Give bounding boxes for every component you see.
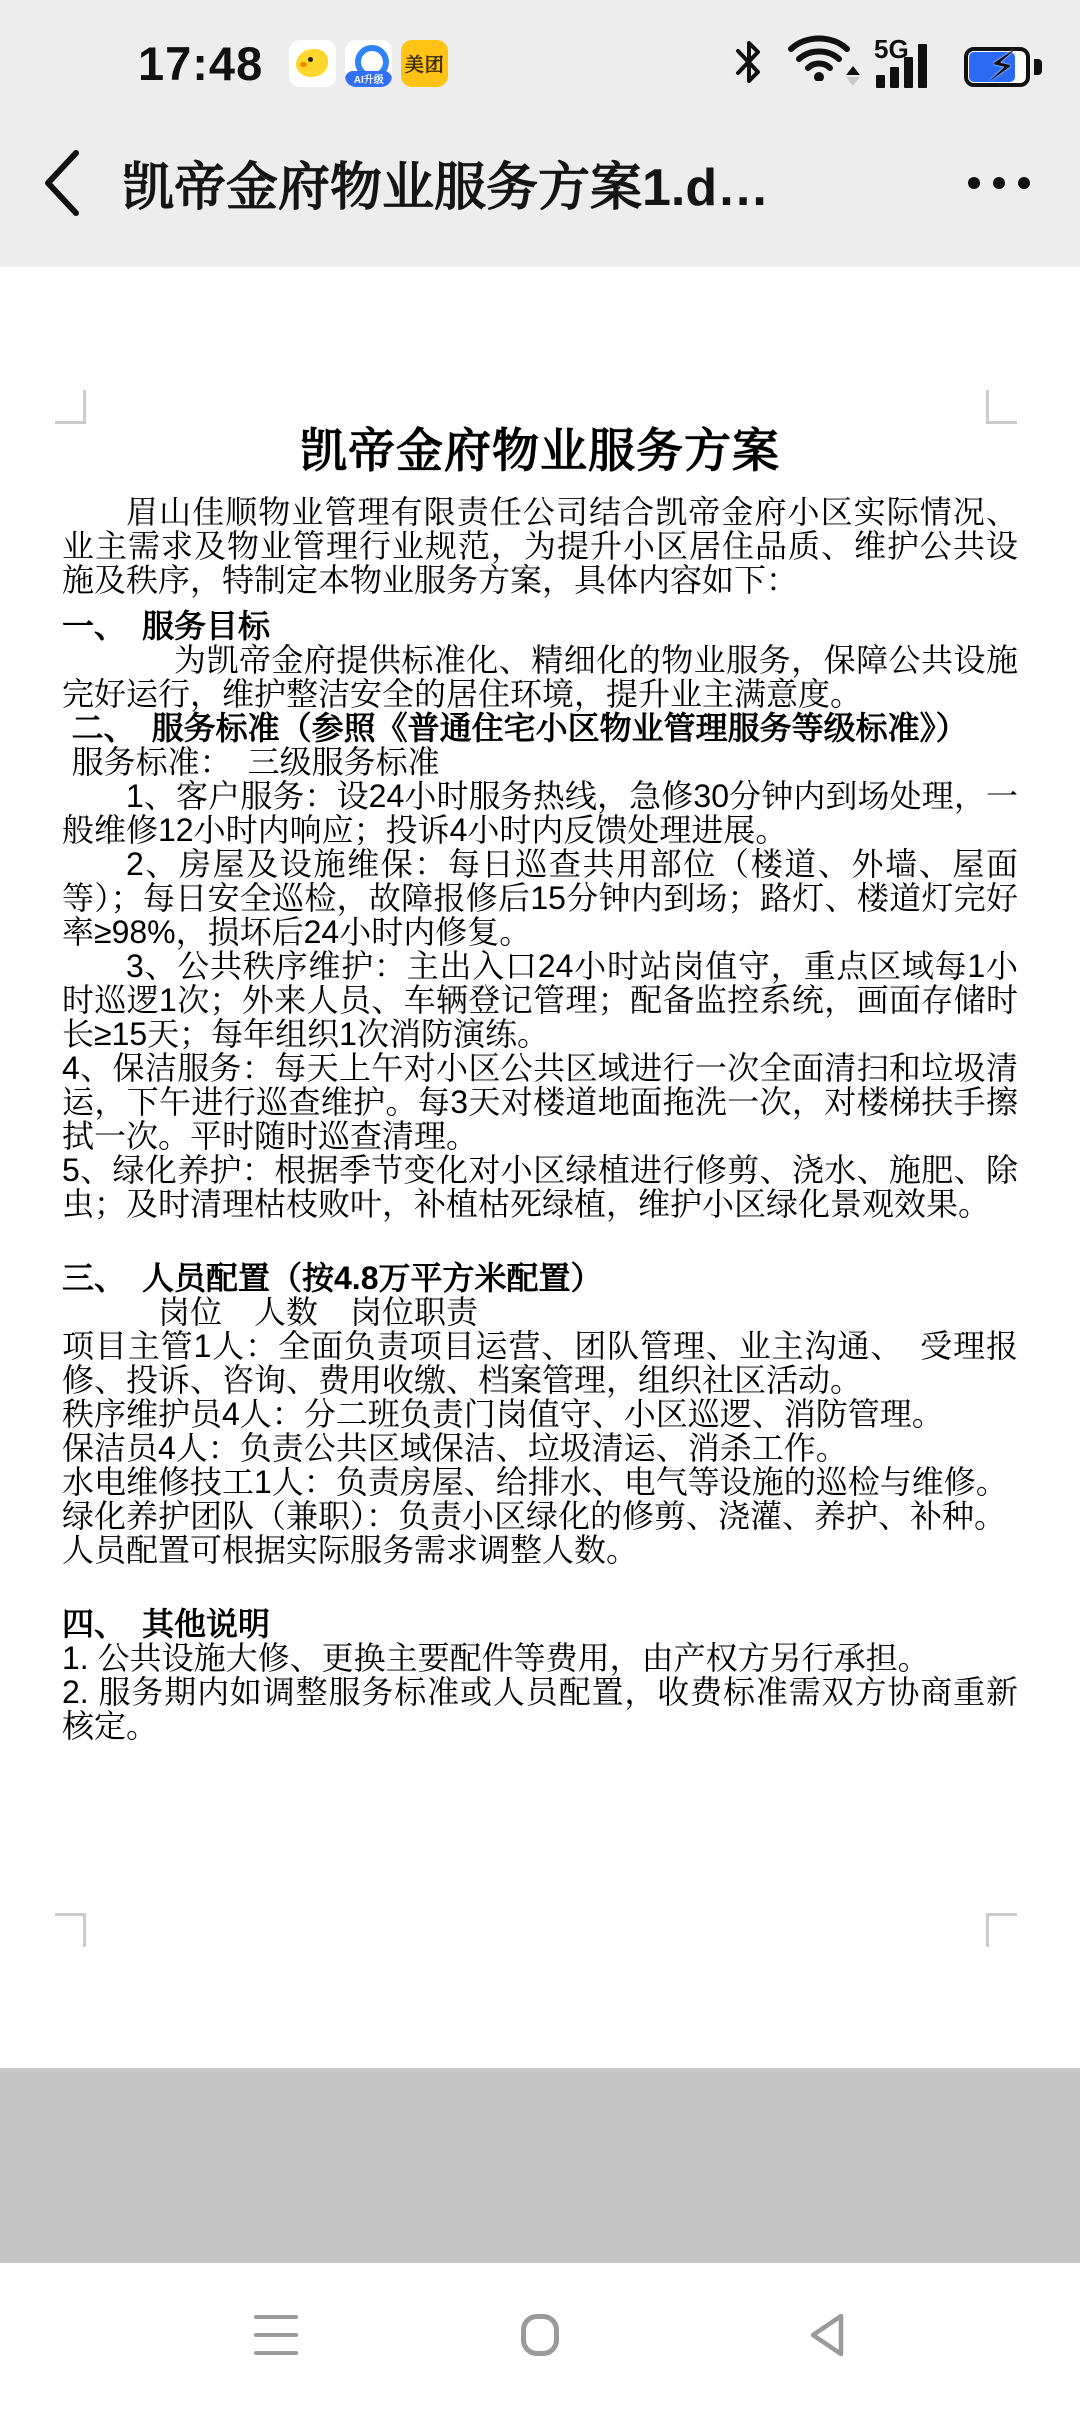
status-bar: 17:48 AI升级 美团 xyxy=(0,0,1080,112)
doc-paragraph: 3、公共秩序维护：主出入口24小时站岗值守，重点区域每1小时巡逻1次；外来人员、… xyxy=(62,949,1018,1051)
home-icon xyxy=(521,2314,559,2356)
nav-back-button[interactable] xyxy=(786,2295,866,2375)
netdisk-badge-text: AI升级 xyxy=(354,71,384,86)
battery-nub xyxy=(1034,59,1042,75)
chick-app-icon xyxy=(289,40,336,87)
signal-bars-icon xyxy=(876,42,940,88)
doc-paragraph: 秩序维护员4人：分二班负责门岗值守、小区巡逻、消防管理。 xyxy=(62,1397,1018,1431)
more-options-button[interactable] xyxy=(964,163,1034,203)
netdisk-app-icon: AI升级 xyxy=(345,40,392,87)
cellular-signal: 5G xyxy=(874,36,940,90)
home-button[interactable] xyxy=(500,2295,580,2375)
doc-paragraph: 绿化养护团队（兼职）：负责小区绿化的修剪、浇灌、养护、补种。 xyxy=(62,1499,1018,1533)
page-corner-mark-bottom-left xyxy=(55,1913,86,1947)
menu-dot xyxy=(993,177,1005,189)
document-heading: 凯帝金府物业服务方案 xyxy=(60,423,1020,479)
file-title: 凯帝金府物业服务方案1.d… xyxy=(122,145,964,220)
download-arrow-icon xyxy=(846,77,860,86)
doc-paragraph: 眉山佳顺物业管理有限责任公司结合凯帝金府小区实际情况、业主需求及物业管理行业规范… xyxy=(62,495,1018,597)
back-button[interactable] xyxy=(40,143,100,223)
wifi-icon xyxy=(788,35,850,81)
page-background-strip xyxy=(0,2068,1080,2263)
meituan-label: 美团 xyxy=(405,50,445,77)
doc-paragraph: 2、房屋及设施维保：每日巡查共用部位（楼道、外墙、屋面等）；每日安全巡检，故障报… xyxy=(62,847,1018,949)
phone-screen: 17:48 AI升级 美团 xyxy=(0,0,1080,2412)
navigation-bar xyxy=(0,2263,1080,2412)
status-indicators: 5G ⚡ xyxy=(734,36,1042,90)
nav-back-icon xyxy=(805,2312,847,2358)
doc-paragraph: 水电维修技工1人：负责房屋、给排水、电气等设施的巡检与维修。 xyxy=(62,1465,1018,1499)
recents-button[interactable] xyxy=(236,2295,316,2375)
doc-paragraph: 1. 公共设施大修、更换主要配件等费用，由产权方另行承担。 xyxy=(62,1641,1018,1675)
doc-paragraph: 保洁员4人：负责公共区域保洁、垃圾清运、消杀工作。 xyxy=(62,1431,1018,1465)
recents-icon xyxy=(254,2315,298,2355)
doc-paragraph: 二、 服务标准（参照《普通住宅小区物业管理服务等级标准》） xyxy=(62,711,1018,745)
document-body: 眉山佳顺物业管理有限责任公司结合凯帝金府小区实际情况、业主需求及物业管理行业规范… xyxy=(62,495,1018,1743)
doc-paragraph: 2. 服务期内如调整服务标准或人员配置，收费标准需双方协商重新核定。 xyxy=(62,1675,1018,1743)
doc-paragraph: 5、绿化养护：根据季节变化对小区绿植进行修剪、浇水、施肥、除虫；及时清理枯枝败叶… xyxy=(62,1153,1018,1221)
meituan-app-icon: 美团 xyxy=(401,40,448,87)
page-corner-mark-top-right xyxy=(986,390,1017,424)
notification-app-icons: AI升级 美团 xyxy=(289,40,448,87)
page-corner-mark-bottom-right xyxy=(986,1913,1017,1947)
page-corner-mark-top-left xyxy=(55,390,86,424)
doc-paragraph: 三、 人员配置（按4.8万平方米配置） xyxy=(62,1261,1018,1295)
document-title-bar: 凯帝金府物业服务方案1.d… xyxy=(0,112,1080,267)
doc-paragraph: 岗位 人数 岗位职责 xyxy=(62,1295,1018,1329)
doc-paragraph: 4、保洁服务：每天上午对小区公共区域进行一次全面清扫和垃圾清运，下午进行巡查维护… xyxy=(62,1051,1018,1153)
netdisk-badge-band: AI升级 xyxy=(345,71,392,87)
doc-paragraph: 一、 服务目标 xyxy=(62,609,1018,643)
menu-dot xyxy=(1018,177,1030,189)
doc-paragraph: 服务标准： 三级服务标准 xyxy=(62,745,1018,779)
doc-paragraph: 四、 其他说明 xyxy=(62,1607,1018,1641)
clock-text: 17:48 xyxy=(138,36,263,91)
doc-paragraph: 项目主管1人：全面负责项目运营、团队管理、业主沟通、 受理报修、投诉、咨询、费用… xyxy=(62,1329,1018,1397)
bluetooth-icon xyxy=(734,38,764,86)
chick-eye-shape xyxy=(308,57,313,62)
battery-icon: ⚡ xyxy=(964,47,1042,87)
menu-dot xyxy=(968,177,980,189)
doc-paragraph: 为凯帝金府提供标准化、精细化的物业服务，保障公共设施完好运行，维护整洁安全的居住… xyxy=(62,643,1018,711)
charging-bolt-icon: ⚡ xyxy=(988,45,1016,89)
chick-beak-shape xyxy=(300,62,307,67)
wifi-wrap xyxy=(788,35,850,86)
document-page[interactable]: 凯帝金府物业服务方案 眉山佳顺物业管理有限责任公司结合凯帝金府小区实际情况、业主… xyxy=(0,267,1080,2068)
doc-paragraph: 1、客户服务：设24小时服务热线，急修30分钟内到场处理，一般维修12小时内响应… xyxy=(62,779,1018,847)
doc-paragraph: 人员配置可根据实际服务需求调整人数。 xyxy=(62,1533,1018,1567)
back-chevron-icon xyxy=(40,147,84,219)
upload-arrow-icon xyxy=(846,66,860,75)
wifi-traffic-arrows xyxy=(846,66,860,86)
